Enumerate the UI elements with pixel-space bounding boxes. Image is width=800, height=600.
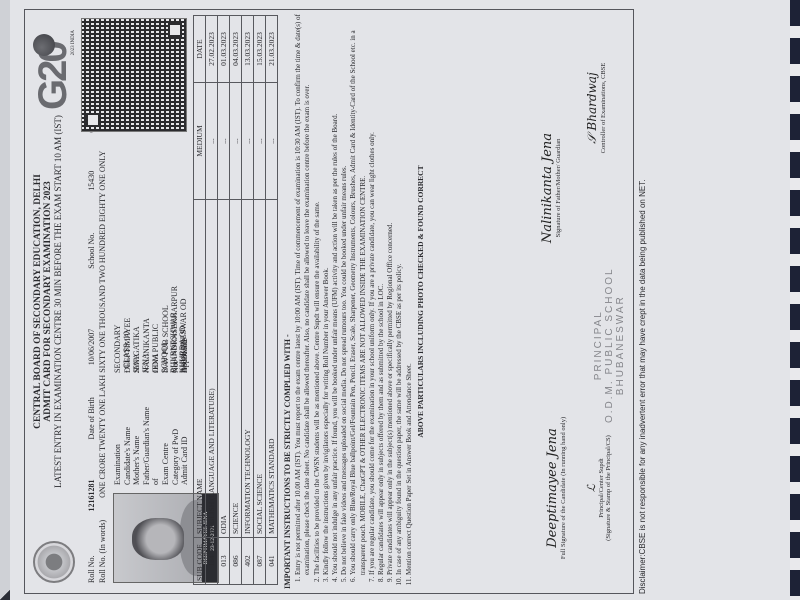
exam-date: 04.03.2023	[230, 16, 242, 83]
field-label: Father/Guardian's Name	[142, 375, 151, 485]
field-value: DS281532	[180, 339, 189, 373]
subject-name: ODIA	[218, 200, 230, 538]
col-subject-name: SUBJECT NAME	[194, 200, 206, 538]
candidate-signature-block: Deeptimayee Jena Full Signature of the C…	[545, 403, 567, 573]
instruction-item: Do not believe in fake videos and messag…	[340, 14, 349, 575]
globe-icon	[33, 34, 55, 56]
stamp-line-3: BHUBANESWAR	[615, 267, 626, 423]
table-row: 086SCIENCE...04.03.2023	[230, 16, 242, 585]
parent-signature-label: Signature of Father/Mother/ Guardian	[555, 113, 562, 263]
medium: ...	[230, 83, 242, 200]
subject-name: SCIENCE	[230, 200, 242, 538]
principal-signature-block: ℒ Principal/Center Supdt (Signature & St…	[585, 403, 612, 573]
instruction-item: You should carry only Blue/Royal Blue ba…	[349, 14, 367, 575]
controller-signature-block: 𝒮 Bhardwaj Controller of Examinations, C…	[585, 33, 607, 183]
roll-no-label: Roll No.	[87, 555, 96, 583]
sub-code: 184	[206, 538, 218, 585]
school-no-label: School No.	[87, 233, 96, 269]
field-label: Mother's Name	[132, 375, 141, 485]
disclaimer: Disclaimer:CBSE is not responsible for a…	[638, 180, 647, 594]
controller-signature: 𝒮 Bhardwaj	[585, 33, 600, 183]
candidate-signature-label: Full Signature of the Candidate (In runn…	[560, 403, 567, 573]
exam-date: 01.03.2023	[218, 16, 230, 83]
parent-signature-block: Nalinikanta Jena Signature of Father/Mot…	[540, 113, 562, 263]
table-header-row: SUB CODE SUBJECT NAME MEDIUM DATE	[194, 16, 206, 585]
controller-label: Controller of Examinations, CBSE	[600, 33, 607, 183]
table-row: 041MATHEMATICS STANDARD...21.03.2023	[266, 16, 278, 585]
instruction-item: Private candidates will appear only in t…	[386, 14, 395, 575]
table-row: 402INFORMATION TECHNOLOGY...13.03.2023	[242, 16, 254, 585]
medium: ...	[266, 83, 278, 200]
qr-code	[81, 18, 187, 132]
sub-code: 013	[218, 538, 230, 585]
roll-words: ONE CRORE TWENTY ONE LAKH SIXTY ONE THOU…	[98, 151, 107, 498]
stamp-line-2: O.D.M. PUBLIC SCHOOL	[604, 267, 615, 423]
roll-no: 12161281	[87, 479, 96, 511]
medium: ...	[254, 83, 266, 200]
subject-name: SOCIAL SCIENCE	[254, 200, 266, 538]
roll-words-label: Roll No. (In words)	[98, 520, 107, 583]
medium: ...	[218, 83, 230, 200]
exam-date: 13.03.2023	[242, 16, 254, 83]
admit-card-page: CENTRAL BOARD OF SECONDARY EDUCATION, DE…	[10, 0, 790, 600]
col-medium: MEDIUM	[194, 83, 206, 200]
table-row: 013ODIA...01.03.2023	[218, 16, 230, 585]
principal-label: Principal/Center Supdt	[598, 403, 605, 573]
field-label: Exam Centre	[161, 375, 170, 485]
table-row: 184ENGLISH (LANGUAGE AND LITERATURE)...2…	[206, 16, 218, 585]
dob-label: Date of Birth	[87, 397, 96, 439]
principal-sublabel: (Signature & Stamp of the Principal/CS)	[605, 403, 612, 573]
instruction-item: You should not indulge in any unfair pra…	[331, 14, 340, 575]
field-label: Examination	[113, 375, 122, 485]
table-row: 087SOCIAL SCIENCE...15.03.2023	[254, 16, 266, 585]
sub-code: 087	[254, 538, 266, 585]
g20-subtitle: 2023 INDIA	[71, 30, 76, 55]
school-no: 15430	[87, 171, 96, 191]
exam-date: 27.02.2023	[206, 16, 218, 83]
photo-face	[132, 518, 184, 560]
sub-code: 086	[230, 538, 242, 585]
instruction-item: Regular candidates will appear only in s…	[377, 14, 386, 575]
instructions: IMPORTANT INSTRUCTIONS TO BE STRICTLY CO…	[283, 14, 425, 589]
col-sub-code: SUB CODE	[194, 538, 206, 585]
field-label: Admit Card ID	[180, 375, 189, 485]
stamp-line-1: PRINCIPAL	[593, 267, 604, 423]
admit-card: CENTRAL BOARD OF SECONDARY EDUCATION, DE…	[24, 9, 634, 594]
subject-name: MATHEMATICS STANDARD	[266, 200, 278, 538]
instruction-item: Mention correct Question Paper Set in An…	[405, 14, 414, 575]
medium: ...	[242, 83, 254, 200]
school-stamp: PRINCIPAL O.D.M. PUBLIC SCHOOL BHUBANESW…	[593, 267, 626, 423]
instruction-item: In case of any ambiguity found in the qu…	[395, 14, 404, 575]
principal-signature: ℒ	[585, 403, 598, 573]
roll-words-row: Roll No. (In words) ONE CRORE TWENTY ONE…	[98, 151, 107, 583]
subject-name: ENGLISH (LANGUAGE AND LITERATURE)	[206, 200, 218, 538]
instruction-item: If you are regular candidate, you should…	[368, 14, 377, 575]
sub-code: 402	[242, 538, 254, 585]
subjects-table: SUB CODE SUBJECT NAME MEDIUM DATE 184ENG…	[193, 15, 278, 585]
instructions-list: Entry is not permitted after 10.00 AM (I…	[294, 14, 414, 589]
exam-date: 21.03.2023	[266, 16, 278, 83]
g20-logo-icon: G20 2023 INDIA	[31, 30, 81, 110]
candidate-signature: Deeptimayee Jena	[545, 403, 560, 573]
field-label: of	[151, 375, 160, 485]
instruction-item: The facilities to be provided to the CWS…	[313, 14, 322, 575]
instructions-heading: IMPORTANT INSTRUCTIONS TO BE STRICTLY CO…	[283, 14, 292, 589]
dob: 10/06/2007	[87, 329, 96, 365]
medium: ...	[206, 83, 218, 200]
checked-note: ABOVE PARTICULARS INCLUDING PHOTO CHECKE…	[416, 14, 425, 589]
parent-signature: Nalinikanta Jena	[540, 113, 555, 263]
exam-date: 15.03.2023	[254, 16, 266, 83]
field-label: Category of PwD	[171, 375, 180, 485]
instruction-item: Kindly follow the instructions given by …	[322, 14, 331, 575]
sub-code: 041	[266, 538, 278, 585]
field-label: Candidate's Name	[123, 375, 132, 485]
instruction-item: Entry is not permitted after 10.00 AM (I…	[294, 14, 312, 575]
subject-name: INFORMATION TECHNOLOGY	[242, 200, 254, 538]
col-date: DATE	[194, 16, 206, 83]
